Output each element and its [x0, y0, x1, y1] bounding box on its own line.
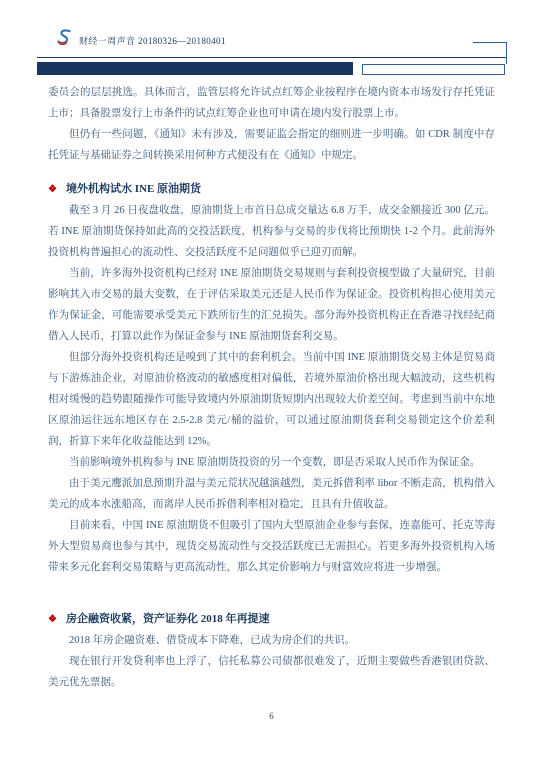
paragraph: 目前来看，中国 INE 原油期货不但吸引了国内大型原油企业参与套保，连嘉能可、托…: [48, 515, 495, 578]
diamond-bullet-icon: ❖: [48, 614, 57, 625]
section-title: 房企融资收紧，资产证券化 2018 年再提速: [66, 613, 270, 625]
paragraph-continuation: 委员会的层层挑选。具体而言，监管层将允许试点红筹企业按程序在境内资本市场发行存托…: [48, 82, 495, 124]
section-heading: ❖境外机构试水 INE 原油期货: [48, 179, 495, 200]
document-page: 财经一周声音 20180326—20180401 委员会的层层挑选。具体而言，监…: [0, 0, 543, 768]
paragraph: 2018 年房企融资难、借贷成本下降难，已成为房企们的共识。: [48, 630, 495, 651]
header-outline-bar: [362, 64, 505, 75]
header-corner-outline: [473, 42, 507, 64]
company-logo-icon: [56, 29, 72, 48]
section-heading: ❖房企融资收紧，资产证券化 2018 年再提速: [48, 609, 495, 630]
page-number: 6: [0, 711, 543, 721]
paragraph: 截至 3 月 26 日夜盘收盘，原油期货上市首日总成交量达 6.8 万手，成交金…: [48, 200, 495, 263]
document-body: 委员会的层层挑选。具体而言，监管层将允许试点红筹企业按程序在境内资本市场发行存托…: [48, 82, 495, 693]
document-header-title: 财经一周声音 20180326—20180401: [79, 36, 226, 48]
header-brand: 财经一周声音 20180326—20180401: [56, 29, 226, 48]
section-property-financing: ❖房企融资收紧，资产证券化 2018 年再提速 2018 年房企融资难、借贷成本…: [48, 609, 495, 693]
header-navy-bar: [37, 62, 353, 75]
section-ine-crude-futures: ❖境外机构试水 INE 原油期货 截至 3 月 26 日夜盘收盘，原油期货上市首…: [48, 179, 495, 578]
diamond-bullet-icon: ❖: [48, 184, 57, 195]
paragraph: 但仍有一些问题，《通知》未有涉及，需要证监会指定的细则进一步明确。如 CDR 制…: [48, 124, 495, 166]
paragraph: 当前影响境外机构参与 INE 原油期货投资的另一个变数，即是否采取人民币作为保证…: [48, 452, 495, 473]
section-title: 境外机构试水 INE 原油期货: [66, 183, 201, 195]
header-rule: [37, 57, 506, 58]
paragraph: 当前，许多海外投资机构已经对 INE 原油期货交易规则与套利投资模型做了大量研究…: [48, 263, 495, 347]
paragraph: 由于美元鹰派加息预期升温与美元荒状况越演越烈，美元拆借利率 libor 不断走高…: [48, 473, 495, 515]
paragraph: 现在银行开发贷利率也上浮了，信托私募公司债都很难发了，近期主要做些香港银团贷款、…: [48, 651, 495, 693]
paragraph: 但部分海外投资机构还是嗅到了其中的套利机会。当前中国 INE 原油期货交易主体是…: [48, 347, 495, 452]
